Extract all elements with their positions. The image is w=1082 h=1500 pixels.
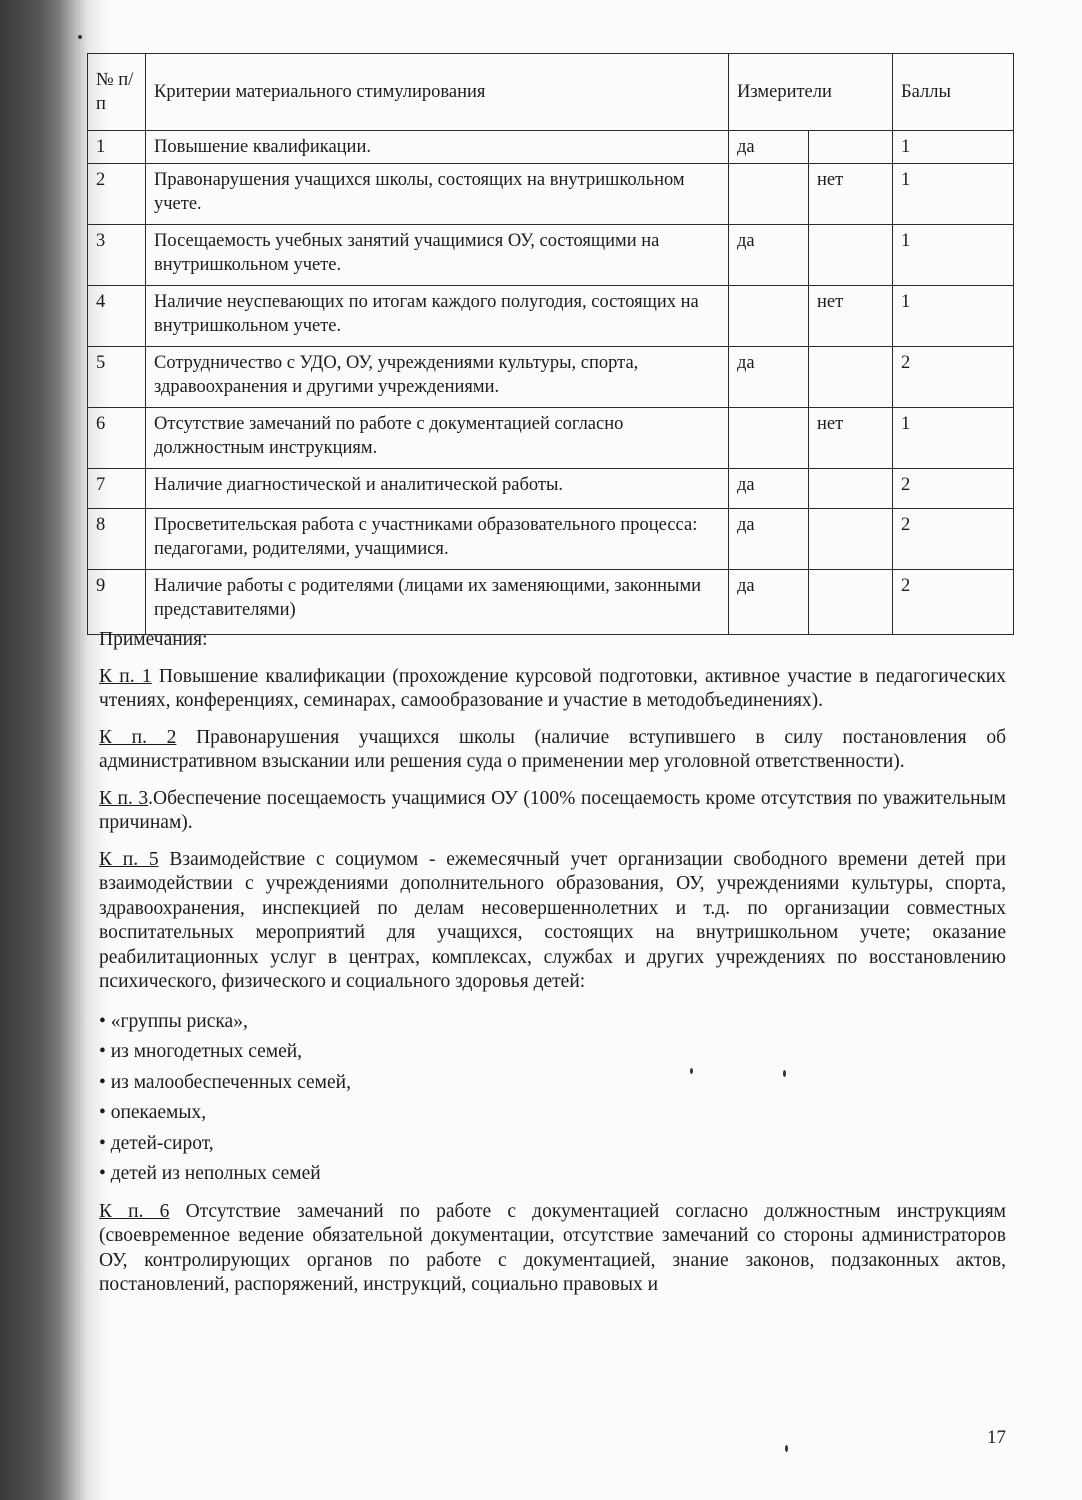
row-criterion: Отсутствие замечаний по работе с докумен…	[146, 408, 729, 469]
note-item-6: К п. 6 Отсутствие замечаний по работе с …	[99, 1200, 1006, 1298]
header-number: № п/п	[88, 54, 146, 131]
row-points: 1	[893, 164, 1014, 225]
row-number: 7	[88, 469, 146, 509]
row-criterion: Правонарушения учащихся школы, состоящих…	[146, 164, 729, 225]
row-points: 1	[893, 225, 1014, 286]
row-no	[809, 570, 893, 635]
table-row: 5 Сотрудничество с УДО, ОУ, учреждениями…	[88, 347, 1014, 408]
list-item: детей из неполных семей	[99, 1159, 1006, 1190]
note-ref: К п. 3	[99, 788, 148, 809]
row-number: 6	[88, 408, 146, 469]
row-no	[809, 509, 893, 570]
row-no: нет	[809, 286, 893, 347]
table-row: 9 Наличие работы с родителями (лицами их…	[88, 570, 1014, 635]
row-points: 2	[893, 347, 1014, 408]
list-item: «группы риска»,	[99, 1007, 1006, 1038]
row-criterion: Наличие диагностической и аналитической …	[146, 469, 729, 509]
row-number: 5	[88, 347, 146, 408]
note-ref: К п. 1	[99, 666, 152, 687]
row-yes: да	[729, 509, 809, 570]
note-text: .Обеспечение посещаемость учащимися ОУ (…	[99, 788, 1006, 834]
row-points: 1	[893, 408, 1014, 469]
row-no: нет	[809, 408, 893, 469]
note-item-3: К п. 3.Обеспечение посещаемость учащимис…	[99, 787, 1006, 836]
notes-title: Примечания:	[99, 628, 1006, 653]
row-yes: да	[729, 131, 809, 164]
row-no	[809, 225, 893, 286]
row-no	[809, 469, 893, 509]
row-yes: да	[729, 469, 809, 509]
row-no	[809, 347, 893, 408]
note-item-1: К п. 1 Повышение квалификации (прохожден…	[99, 665, 1006, 714]
page-number: 17	[987, 1427, 1006, 1449]
row-points: 1	[893, 286, 1014, 347]
row-yes: да	[729, 570, 809, 635]
row-points: 2	[893, 509, 1014, 570]
row-yes: да	[729, 347, 809, 408]
note-text: Взаимодействие с социумом - ежемесячный …	[99, 849, 1006, 993]
row-points: 2	[893, 469, 1014, 509]
note-text: Повышение квалификации (прохождение курс…	[99, 666, 1006, 712]
row-criterion: Повышение квалификации.	[146, 131, 729, 164]
children-category-list: «группы риска», из многодетных семей, из…	[99, 1007, 1006, 1190]
note-text: Правонарушения учащихся школы (наличие в…	[99, 727, 1006, 773]
table-header-row: № п/п Критерии материального стимулирова…	[88, 54, 1014, 131]
row-points: 2	[893, 570, 1014, 635]
scan-speck	[785, 1445, 788, 1452]
row-points: 1	[893, 131, 1014, 164]
row-no: нет	[809, 164, 893, 225]
table-row: 2 Правонарушения учащихся школы, состоящ…	[88, 164, 1014, 225]
note-ref: К п. 2	[99, 727, 176, 748]
row-number: 4	[88, 286, 146, 347]
notes-section: Примечания: К п. 1 Повышение квалификаци…	[99, 628, 1006, 1310]
table-row: 1 Повышение квалификации. да 1	[88, 131, 1014, 164]
row-no	[809, 131, 893, 164]
row-criterion: Наличие работы с родителями (лицами их з…	[146, 570, 729, 635]
table-row: 6 Отсутствие замечаний по работе с докум…	[88, 408, 1014, 469]
row-number: 3	[88, 225, 146, 286]
header-measures: Измерители	[729, 54, 893, 131]
table-row: 3 Посещаемость учебных занятий учащимися…	[88, 225, 1014, 286]
scan-speck	[78, 35, 82, 39]
row-yes	[729, 164, 809, 225]
table-row: 7 Наличие диагностической и аналитическо…	[88, 469, 1014, 509]
row-number: 9	[88, 570, 146, 635]
list-item: из малообеспеченных семей,	[99, 1068, 1006, 1099]
table-row: 4 Наличие неуспевающих по итогам каждого…	[88, 286, 1014, 347]
table-row: 8 Просветительская работа с участниками …	[88, 509, 1014, 570]
row-criterion: Наличие неуспевающих по итогам каждого п…	[146, 286, 729, 347]
row-number: 8	[88, 509, 146, 570]
row-number: 1	[88, 131, 146, 164]
note-ref: К п. 5	[99, 849, 159, 870]
note-item-2: К п. 2 Правонарушения учащихся школы (на…	[99, 726, 1006, 775]
row-yes	[729, 408, 809, 469]
list-item: опекаемых,	[99, 1098, 1006, 1129]
row-criterion: Сотрудничество с УДО, ОУ, учреждениями к…	[146, 347, 729, 408]
note-item-5: К п. 5 Взаимодействие с социумом - ежеме…	[99, 848, 1006, 995]
row-yes: да	[729, 225, 809, 286]
row-number: 2	[88, 164, 146, 225]
list-item: из многодетных семей,	[99, 1037, 1006, 1068]
note-ref: К п. 6	[99, 1201, 169, 1222]
header-criteria: Критерии материального стимулирования	[146, 54, 729, 131]
note-text: Отсутствие замечаний по работе с докумен…	[99, 1201, 1006, 1296]
row-criterion: Посещаемость учебных занятий учащимися О…	[146, 225, 729, 286]
header-points: Баллы	[893, 54, 1014, 131]
row-criterion: Просветительская работа с участниками об…	[146, 509, 729, 570]
criteria-table: № п/п Критерии материального стимулирова…	[87, 53, 1014, 635]
list-item: детей-сирот,	[99, 1129, 1006, 1160]
row-yes	[729, 286, 809, 347]
